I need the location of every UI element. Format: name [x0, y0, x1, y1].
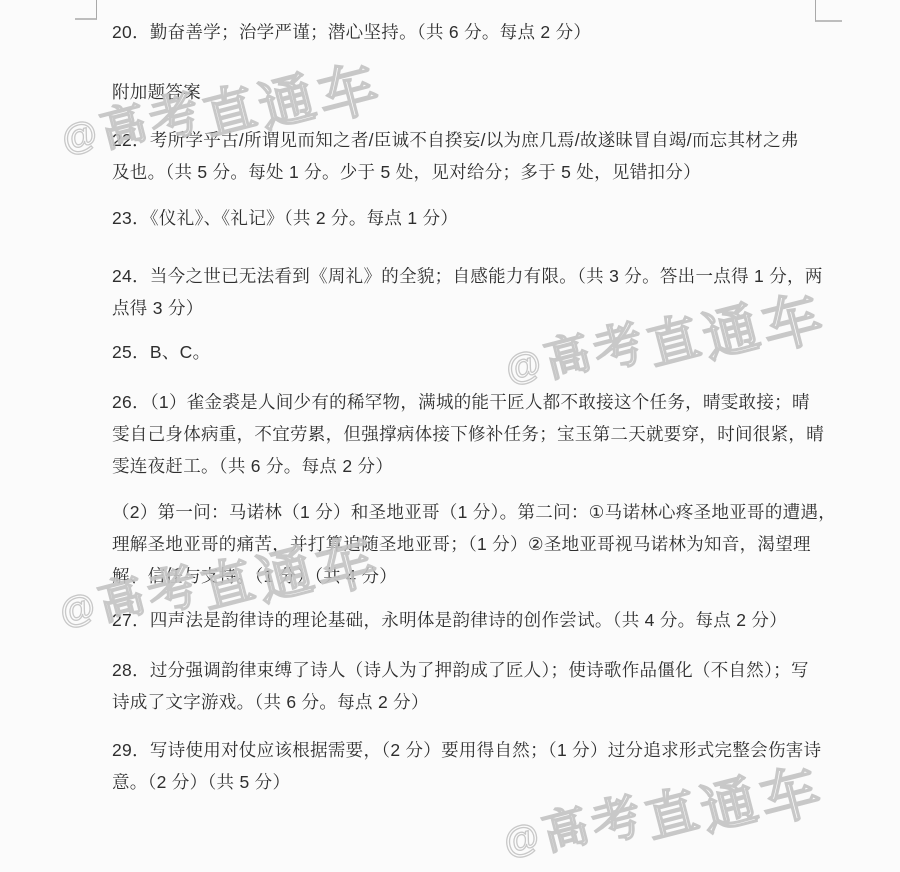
answer-line: 诗成了文字游戏。（共 6 分。每点 2 分）	[112, 686, 838, 718]
watermark-at-sign: @	[58, 114, 101, 158]
crop-mark-top-left	[75, 0, 97, 20]
watermark-char: 考	[587, 792, 647, 852]
answer-item-25: 25．B、C。	[112, 336, 838, 368]
answer-line: 解、信任与支持。（1 分）（共 4 分）	[112, 560, 838, 592]
answer-line: 及也。（共 5 分。每处 1 分。少于 5 处，见对给分；多于 5 处，见错扣分…	[112, 156, 838, 188]
section-heading: 附加题答案	[112, 76, 838, 108]
answer-line: 意。（2 分）（共 5 分）	[112, 766, 838, 798]
answer-line: 27．四声法是韵律诗的理论基础，永明体是韵律诗的创作尝试。（共 4 分。每点 2…	[112, 604, 838, 636]
watermark-at-sign: @	[56, 587, 99, 631]
answer-line: 理解圣地亚哥的痛苦，并打算追随圣地亚哥；（1 分）②圣地亚哥视马诺林为知音，渴望…	[112, 528, 838, 560]
answer-line: 24．当今之世已无法看到《周礼》的全貌；自感能力有限。（共 3 分。答出一点得 …	[112, 260, 838, 292]
answer-line: （2）第一问：马诺林（1 分）和圣地亚哥（1 分）。第二问：①马诺林心疼圣地亚哥…	[112, 496, 838, 528]
answer-line: 29．写诗使用对仗应该根据需要，（2 分）要用得自然；（1 分）过分追求形式完整…	[112, 734, 838, 766]
answer-line: 25．B、C。	[112, 336, 838, 368]
answer-item-29: 29．写诗使用对仗应该根据需要，（2 分）要用得自然；（1 分）过分追求形式完整…	[112, 734, 838, 798]
answer-line: 22．考所学乎古/所谓见而知之者/臣诚不自揆妄/以为庶几焉/故遂昧冒自竭/而忘其…	[112, 124, 838, 156]
answer-item-26-2: （2）第一问：马诺林（1 分）和圣地亚哥（1 分）。第二问：①马诺林心疼圣地亚哥…	[112, 496, 838, 592]
answer-line: 23．《仪礼》、《礼记》（共 2 分。每点 1 分）	[112, 202, 838, 234]
answer-line: 28．过分强调韵律束缚了诗人（诗人为了押韵成了匠人）；使诗歌作品僵化（不自然）；…	[112, 654, 838, 686]
answer-item-27: 27．四声法是韵律诗的理论基础，永明体是韵律诗的创作尝试。（共 4 分。每点 2…	[112, 604, 838, 636]
answer-item-28: 28．过分强调韵律束缚了诗人（诗人为了押韵成了匠人）；使诗歌作品僵化（不自然）；…	[112, 654, 838, 718]
answer-line: 雯自己身体病重，不宜劳累，但强撑病体接下修补任务；宝玉第二天就要穿，时间很紧，晴	[112, 418, 838, 450]
heading-text: 附加题答案	[112, 76, 838, 108]
document-page: 20．勤奋善学；治学严谨；潜心坚持。（共 6 分。每点 2 分） 附加题答案 2…	[0, 0, 900, 872]
answer-item-24: 24．当今之世已无法看到《周礼》的全貌；自感能力有限。（共 3 分。答出一点得 …	[112, 260, 838, 324]
answer-item-26-1: 26．（1）雀金裘是人间少有的稀罕物，满城的能干匠人都不敢接这个任务，晴雯敢接；…	[112, 386, 838, 482]
watermark-char: 高	[538, 802, 593, 857]
answer-item-20: 20．勤奋善学；治学严谨；潜心坚持。（共 6 分。每点 2 分）	[112, 16, 838, 48]
watermark-at-sign: @	[500, 817, 543, 861]
answer-item-22: 22．考所学乎古/所谓见而知之者/臣诚不自揆妄/以为庶几焉/故遂昧冒自竭/而忘其…	[112, 124, 838, 188]
answer-line: 26．（1）雀金裘是人间少有的稀罕物，满城的能干匠人都不敢接这个任务，晴雯敢接；…	[112, 386, 838, 418]
answer-line: 点得 3 分）	[112, 292, 838, 324]
answer-line: 20．勤奋善学；治学严谨；潜心坚持。（共 6 分。每点 2 分）	[112, 16, 838, 48]
answer-item-23: 23．《仪礼》、《礼记》（共 2 分。每点 1 分）	[112, 202, 838, 234]
answer-line: 雯连夜赶工。（共 6 分。每点 2 分）	[112, 450, 838, 482]
